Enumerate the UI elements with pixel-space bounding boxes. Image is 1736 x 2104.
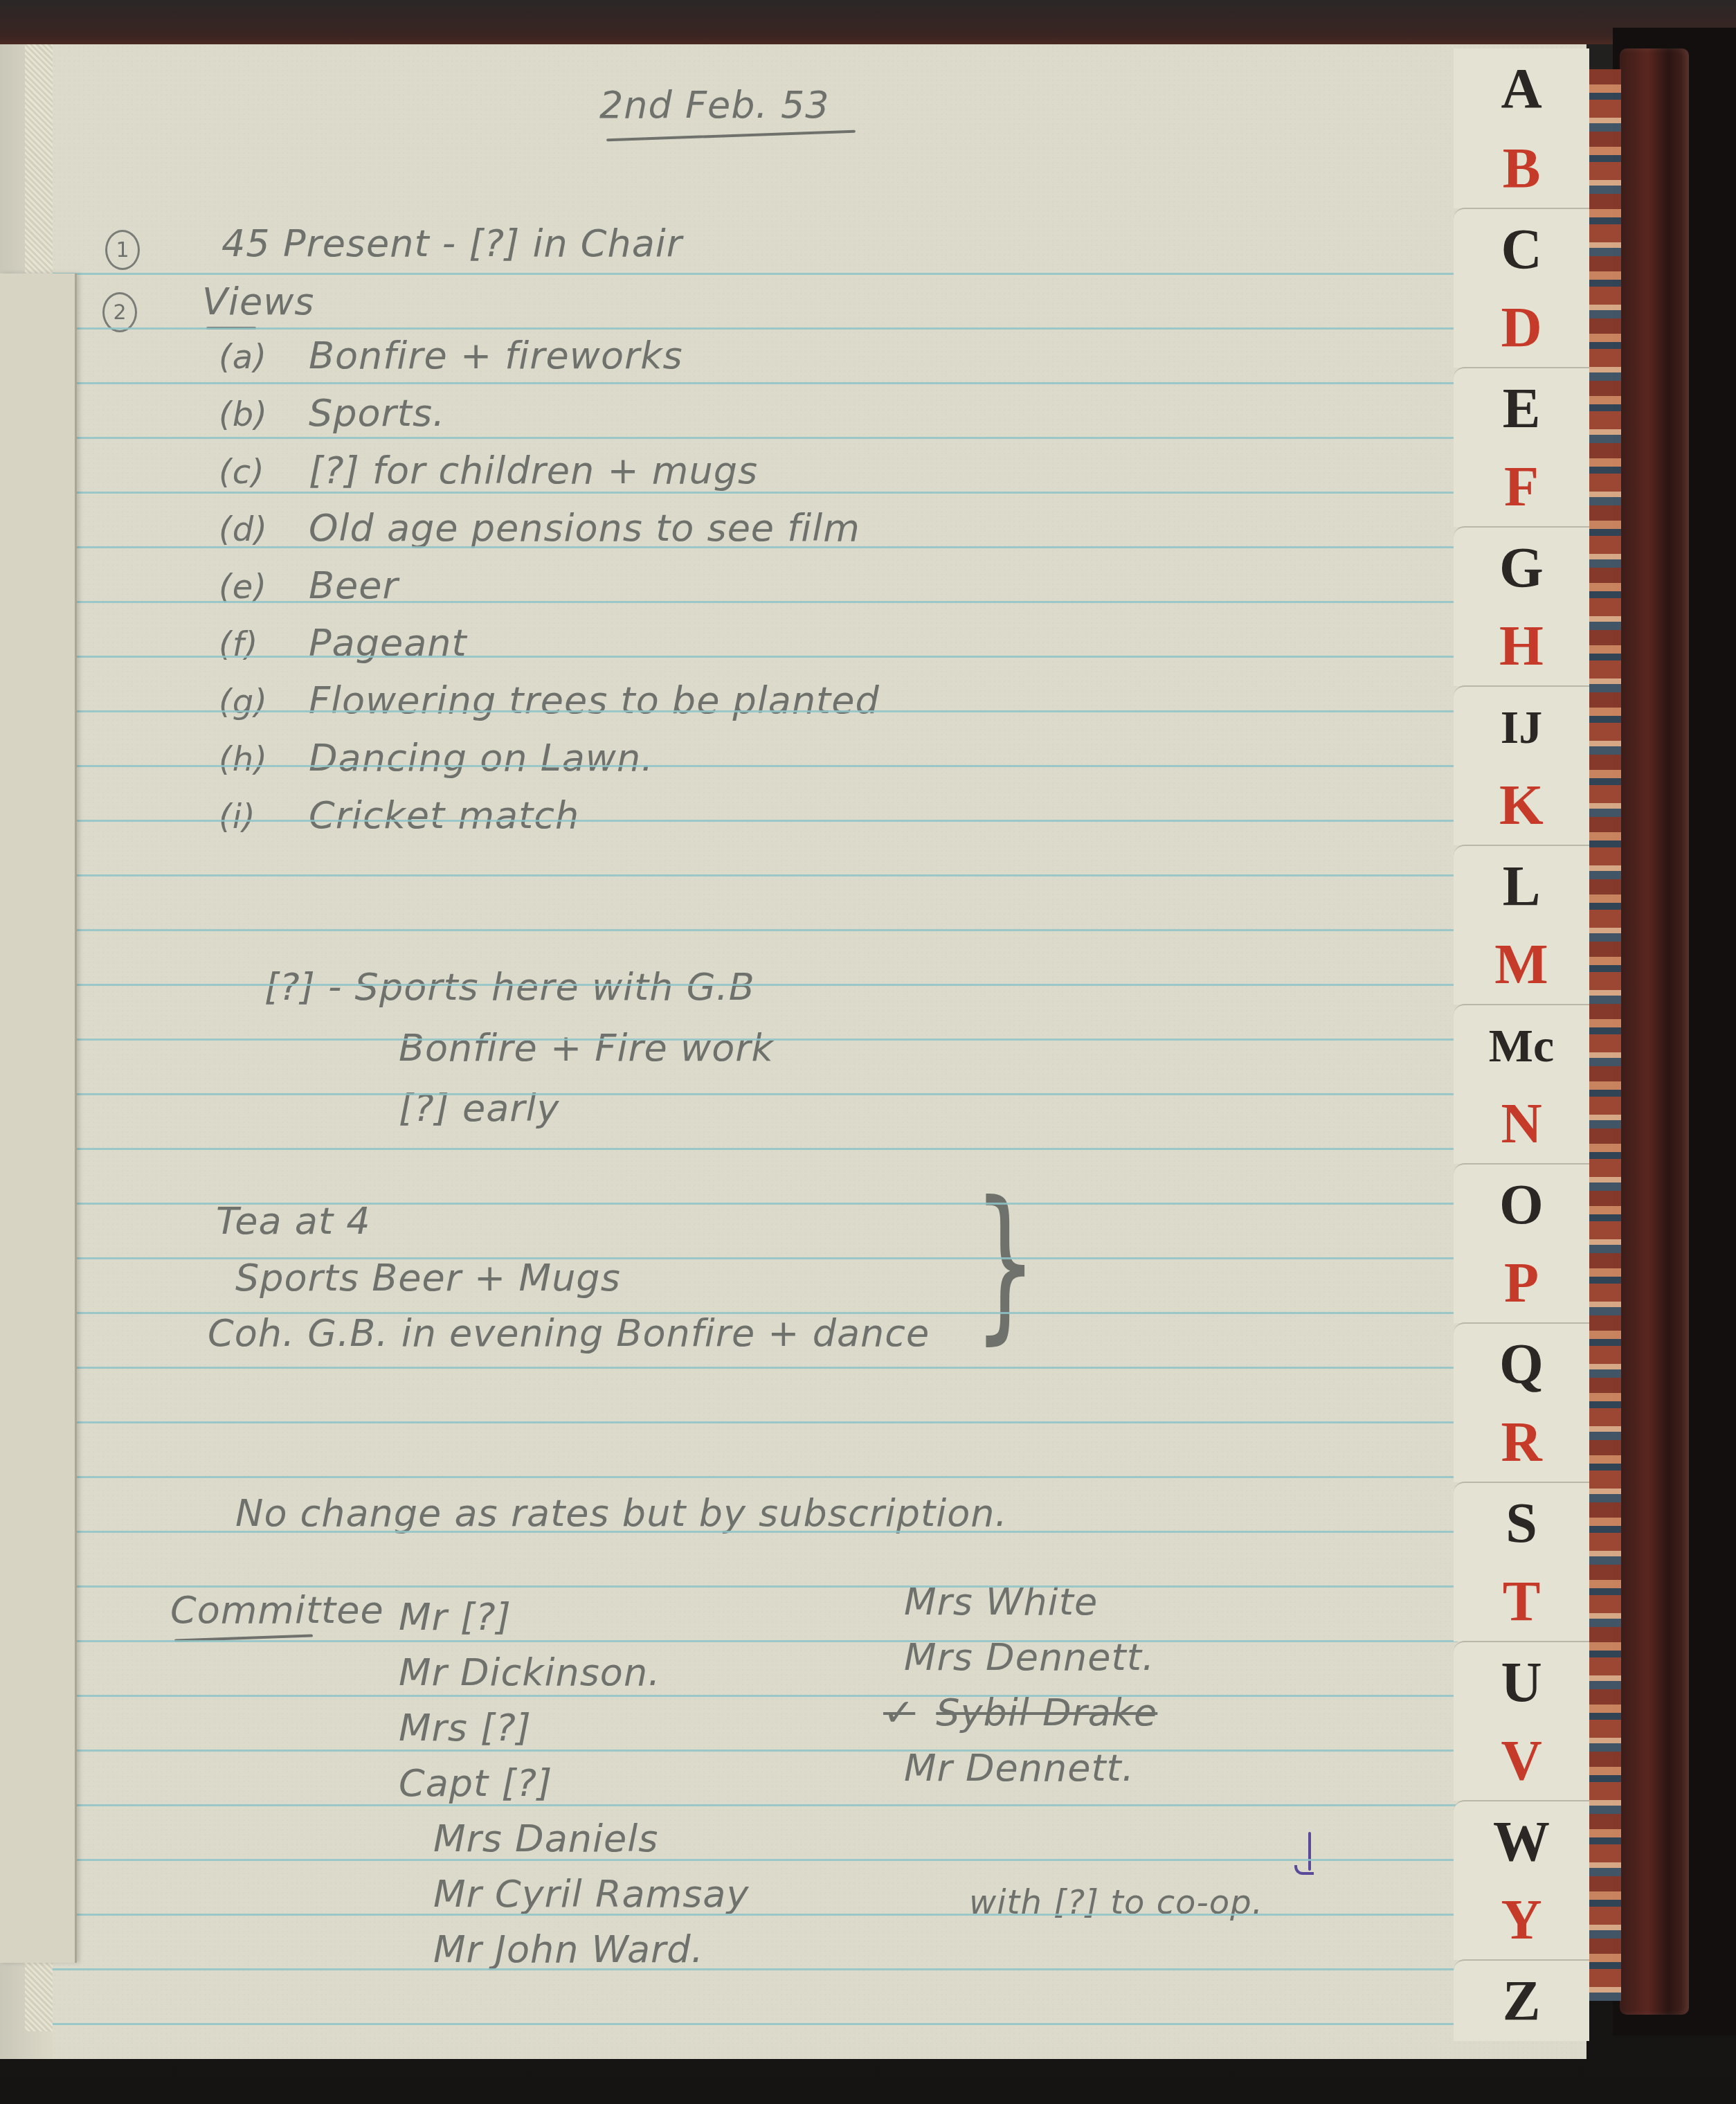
committee-member: Mr Cyril Ramsay <box>433 1872 749 1916</box>
index-tab-p[interactable]: P <box>1454 1243 1589 1323</box>
committee-member: Capt [?] <box>399 1761 552 1805</box>
ruled-line <box>53 656 1458 658</box>
index-tab-letter: K <box>1499 777 1544 834</box>
view-item-text: Pageant <box>309 621 467 665</box>
index-tab-d[interactable]: D <box>1454 287 1589 368</box>
index-tab-g[interactable]: G <box>1454 526 1589 608</box>
ruled-line <box>53 1148 1458 1150</box>
view-item-text: Flowering trees to be planted <box>309 678 880 722</box>
curly-brace: } <box>974 1180 1038 1346</box>
index-tab-letter: U <box>1501 1654 1541 1711</box>
committee-member: Mrs [?] <box>399 1706 532 1750</box>
ruled-line <box>53 2023 1458 2025</box>
index-tab-letter: P <box>1504 1255 1539 1311</box>
index-tab-letter: O <box>1499 1176 1544 1233</box>
violet-check-mark <box>1308 1832 1311 1871</box>
index-tab-letter: N <box>1501 1095 1541 1152</box>
committee-member: Mr [?] <box>399 1595 512 1639</box>
index-tab-o[interactable]: O <box>1454 1163 1589 1245</box>
index-tab-f[interactable]: F <box>1454 447 1589 527</box>
ruled-line <box>53 546 1458 548</box>
index-tab-ij[interactable]: IJ <box>1454 685 1589 767</box>
notebook-page: 2nd Feb. 53 1 45 Present - [?] in Chair … <box>53 44 1586 2059</box>
view-item-text: Bonfire + fireworks <box>309 334 683 377</box>
view-item-label: (i) <box>219 798 256 836</box>
index-tab-letter: G <box>1499 539 1544 596</box>
index-tab-h[interactable]: H <box>1454 606 1589 686</box>
index-tab-letter: M <box>1494 936 1548 993</box>
ruled-line <box>53 1203 1458 1205</box>
ruled-line <box>53 1257 1458 1259</box>
index-tab-b[interactable]: B <box>1454 128 1589 208</box>
index-tab-letter: C <box>1501 221 1541 278</box>
ruled-line <box>53 1695 1458 1697</box>
view-item-label: (d) <box>219 510 268 549</box>
committee-member: Mrs Daniels <box>433 1817 658 1860</box>
index-tab-letter: Y <box>1501 1891 1541 1948</box>
index-tab-c[interactable]: C <box>1454 208 1589 289</box>
view-item-text: Cricket match <box>309 793 579 837</box>
index-tab-e[interactable]: E <box>1454 367 1589 449</box>
index-tab-letter: Q <box>1499 1336 1544 1392</box>
index-tab-letter: T <box>1503 1573 1541 1630</box>
date-heading: 2nd Feb. 53 <box>599 83 830 127</box>
ruled-line <box>53 601 1458 603</box>
ruled-line <box>53 1640 1458 1642</box>
ruled-line <box>53 273 1458 275</box>
index-tab-letter: Mc <box>1489 1022 1554 1069</box>
index-tab-letter: S <box>1506 1495 1537 1552</box>
ruled-line <box>53 1859 1458 1861</box>
index-tab-letter: A <box>1501 60 1541 117</box>
view-item-label: (b) <box>219 395 268 434</box>
view-item-label: (f) <box>219 625 258 664</box>
committee-member-struck: ✓Sybil Drake <box>883 1691 1157 1734</box>
ruled-line <box>53 765 1458 767</box>
ruled-line <box>53 1804 1458 1806</box>
committee-footnote: with [?] to co-op. <box>969 1883 1263 1922</box>
ruled-line <box>53 1312 1458 1314</box>
index-tab-letter: V <box>1501 1732 1541 1789</box>
committee-member: Mr Dickinson. <box>399 1651 660 1694</box>
index-tab-k[interactable]: K <box>1454 765 1589 845</box>
ruled-line <box>53 327 1458 330</box>
alphabet-index-tabs: ABCDEFGHIJKLMMcNOPQRSTUVWYZ <box>1454 48 1589 2056</box>
facing-page-flap <box>0 273 77 1963</box>
view-item-text: Old age pensions to see film <box>309 506 860 550</box>
view-item-label: (g) <box>219 683 268 721</box>
index-tab-v[interactable]: V <box>1454 1720 1589 1801</box>
index-tab-r[interactable]: R <box>1454 1402 1589 1482</box>
ruled-line <box>53 1476 1458 1478</box>
index-tab-a[interactable]: A <box>1454 48 1589 129</box>
leather-spine <box>1620 48 1689 2015</box>
schedule-line-2: Sports Beer + Mugs <box>235 1256 621 1300</box>
notebook-cover-top <box>0 0 1736 44</box>
index-tab-z[interactable]: Z <box>1454 1959 1589 2041</box>
date-underline <box>606 130 856 142</box>
note-line-1: [?] - Sports here with G.B <box>264 965 755 1009</box>
ruled-line <box>53 437 1458 439</box>
view-item-text: Dancing on Lawn. <box>309 736 653 780</box>
index-tab-letter: R <box>1501 1414 1541 1471</box>
ruled-line <box>53 382 1458 384</box>
ruled-line <box>53 1750 1458 1752</box>
ruled-line <box>53 1914 1458 1916</box>
ruled-line <box>53 929 1458 931</box>
index-tab-letter: D <box>1501 299 1541 356</box>
index-tab-mc[interactable]: Mc <box>1454 1004 1589 1086</box>
view-item-label: (c) <box>219 453 265 492</box>
ruled-line <box>53 1038 1458 1041</box>
index-tab-t[interactable]: T <box>1454 1561 1589 1642</box>
ruled-line <box>53 1421 1458 1423</box>
index-tab-y[interactable]: Y <box>1454 1880 1589 1960</box>
index-tab-m[interactable]: M <box>1454 924 1589 1005</box>
ruled-line <box>53 492 1458 494</box>
item-2-text: Views <box>202 280 314 323</box>
view-item-label: (h) <box>219 740 268 779</box>
index-tab-letter: H <box>1499 618 1544 674</box>
index-tab-n[interactable]: N <box>1454 1084 1589 1164</box>
index-tab-q[interactable]: Q <box>1454 1322 1589 1404</box>
item-marker-2: 2 <box>102 292 137 332</box>
index-tab-letter: L <box>1503 858 1541 915</box>
committee-member-name: Sybil Drake <box>936 1691 1157 1734</box>
committee-label: Committee <box>170 1588 384 1632</box>
ruled-line <box>53 1531 1458 1533</box>
ruled-line <box>53 1093 1458 1095</box>
note-line-2: Bonfire + Fire work <box>399 1026 774 1070</box>
ruled-line <box>53 1968 1458 1970</box>
item-1-text: 45 Present - [?] in Chair <box>221 222 682 265</box>
ruled-line <box>53 820 1458 822</box>
ruled-line <box>53 1367 1458 1369</box>
committee-member: Mr Dennett. <box>904 1746 1134 1790</box>
index-tab-l[interactable]: L <box>1454 845 1589 926</box>
committee-member-name: Mr Dennett. <box>904 1746 1134 1790</box>
index-tab-u[interactable]: U <box>1454 1641 1589 1723</box>
index-tab-s[interactable]: S <box>1454 1482 1589 1563</box>
committee-member: Mr John Ward. <box>433 1927 704 1971</box>
schedule-line-3: Coh. G.B. in evening Bonfire + dance <box>208 1311 930 1355</box>
view-item-text: [?] for children + mugs <box>309 449 758 492</box>
view-item-label: (a) <box>219 338 267 377</box>
ruled-line <box>53 1585 1458 1588</box>
index-tab-letter: Z <box>1503 1972 1541 2029</box>
ruled-line <box>53 874 1458 876</box>
ruled-line <box>53 710 1458 712</box>
marbled-page-edge <box>1586 69 1621 2001</box>
index-tab-letter: IJ <box>1501 703 1542 750</box>
index-tab-letter: W <box>1493 1813 1550 1870</box>
view-item-text: Sports. <box>309 391 445 435</box>
ruled-line <box>53 984 1458 986</box>
index-tab-letter: B <box>1503 140 1541 197</box>
subscription-note: No change as rates but by subscription. <box>235 1491 1008 1535</box>
index-tab-letter: E <box>1503 380 1541 437</box>
index-tab-letter: F <box>1504 458 1539 515</box>
tick-mark-icon: ✓ <box>883 1691 915 1734</box>
index-tab-w[interactable]: W <box>1454 1800 1589 1882</box>
item-marker-1: 1 <box>105 230 140 270</box>
schedule-line-1: Tea at 4 <box>216 1199 371 1243</box>
